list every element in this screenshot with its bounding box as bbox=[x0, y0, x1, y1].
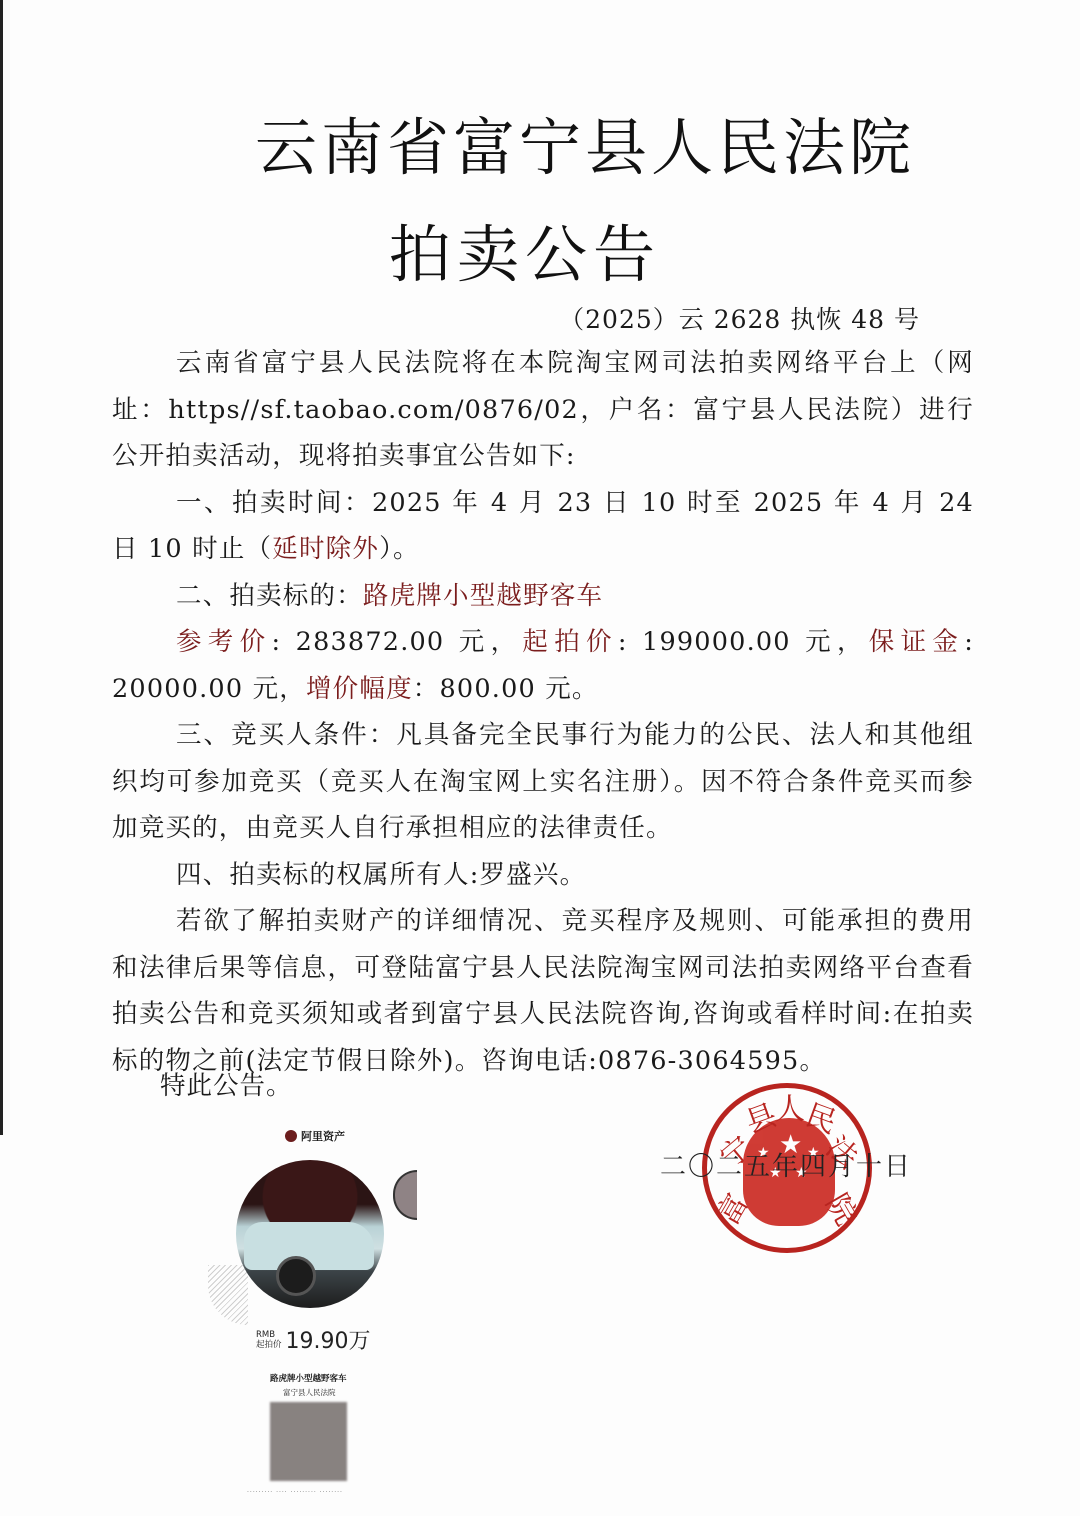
poster-brand-name: 阿里资产 bbox=[301, 1128, 345, 1144]
court-name-title: 云南省富宁县人民法院 bbox=[0, 98, 1080, 187]
start-price-value: : 199000.00 元， bbox=[618, 627, 869, 657]
price-labels: RMB 起拍价 bbox=[256, 1330, 282, 1350]
auction-item-paragraph: 二、拍卖标的：路虎牌小型越野客车 bbox=[112, 573, 974, 620]
price-paragraph: 参考价: 283872.00 元，起拍价: 199000.00 元，保证金: 2… bbox=[112, 619, 974, 712]
notice-body: 云南省富宁县人民法院将在本院淘宝网司法拍卖网络平台上（网址：https//sf.… bbox=[112, 340, 974, 1084]
car-photo bbox=[236, 1160, 384, 1308]
price-value: 19.90万 bbox=[286, 1324, 371, 1355]
auction-item-label: 二、拍卖标的： bbox=[176, 581, 363, 611]
poster-brand: 阿里资产 bbox=[285, 1128, 345, 1144]
poster-price: RMB 起拍价 19.90万 bbox=[256, 1324, 371, 1355]
deposit-label: 保证金 bbox=[869, 627, 964, 657]
notice-date: 二〇二五年四月十日 bbox=[660, 1146, 912, 1183]
increment-label: 增价幅度 bbox=[306, 674, 413, 704]
poster-footer-text: ········· ···· ········· ········ bbox=[247, 1489, 343, 1496]
decorative-half-circle bbox=[393, 1170, 417, 1220]
info-paragraph: 若欲了解拍卖财产的详细情况、竞买程序及规则、可能承担的费用和法律后果等信息，可登… bbox=[112, 898, 974, 1084]
intro-paragraph: 云南省富宁县人民法院将在本院淘宝网司法拍卖网络平台上（网址：https//sf.… bbox=[112, 340, 974, 480]
auction-item-name: 路虎牌小型越野客车 bbox=[363, 581, 603, 611]
auction-time-paragraph: 一、拍卖时间：2025 年 4 月 23 日 10 时至 2025 年 4 月 … bbox=[112, 480, 974, 573]
closing-statement: 特此公告。 bbox=[160, 1066, 293, 1102]
start-price-label: 起拍价 bbox=[522, 627, 617, 657]
notice-title: 拍卖公告 bbox=[0, 205, 1080, 294]
seal-char: 人 bbox=[775, 1084, 805, 1128]
ali-assets-logo-icon bbox=[285, 1130, 297, 1142]
extension-note: 延时除外 bbox=[272, 534, 379, 564]
auction-time-suffix: ）。 bbox=[379, 534, 420, 564]
bidder-conditions-paragraph: 三、竞买人条件：凡具备完全民事行为能力的公民、法人和其他组织均可参加竞买（竞买人… bbox=[112, 712, 974, 852]
decorative-hatch bbox=[208, 1265, 248, 1325]
car-wheel-shape bbox=[276, 1256, 316, 1296]
increment-value: ：800.00 元。 bbox=[413, 674, 599, 704]
auction-time-text: 一、拍卖时间：2025 年 4 月 23 日 10 时至 2025 年 4 月 … bbox=[112, 488, 974, 565]
poster-item-title: 路虎牌小型越野客车 bbox=[270, 1372, 347, 1384]
price-currency: RMB bbox=[256, 1330, 282, 1340]
qr-code-blurred bbox=[270, 1402, 347, 1481]
owner-paragraph: 四、拍卖标的权属所有人:罗盛兴。 bbox=[112, 852, 974, 899]
price-label: 起拍价 bbox=[256, 1340, 282, 1350]
poster-court-name: 富宁县人民法院 bbox=[283, 1387, 336, 1398]
case-number: （2025）云 2628 执恢 48 号 bbox=[559, 300, 920, 336]
reference-price-value: : 283872.00 元， bbox=[271, 627, 522, 657]
reference-price-label: 参考价 bbox=[176, 627, 271, 657]
